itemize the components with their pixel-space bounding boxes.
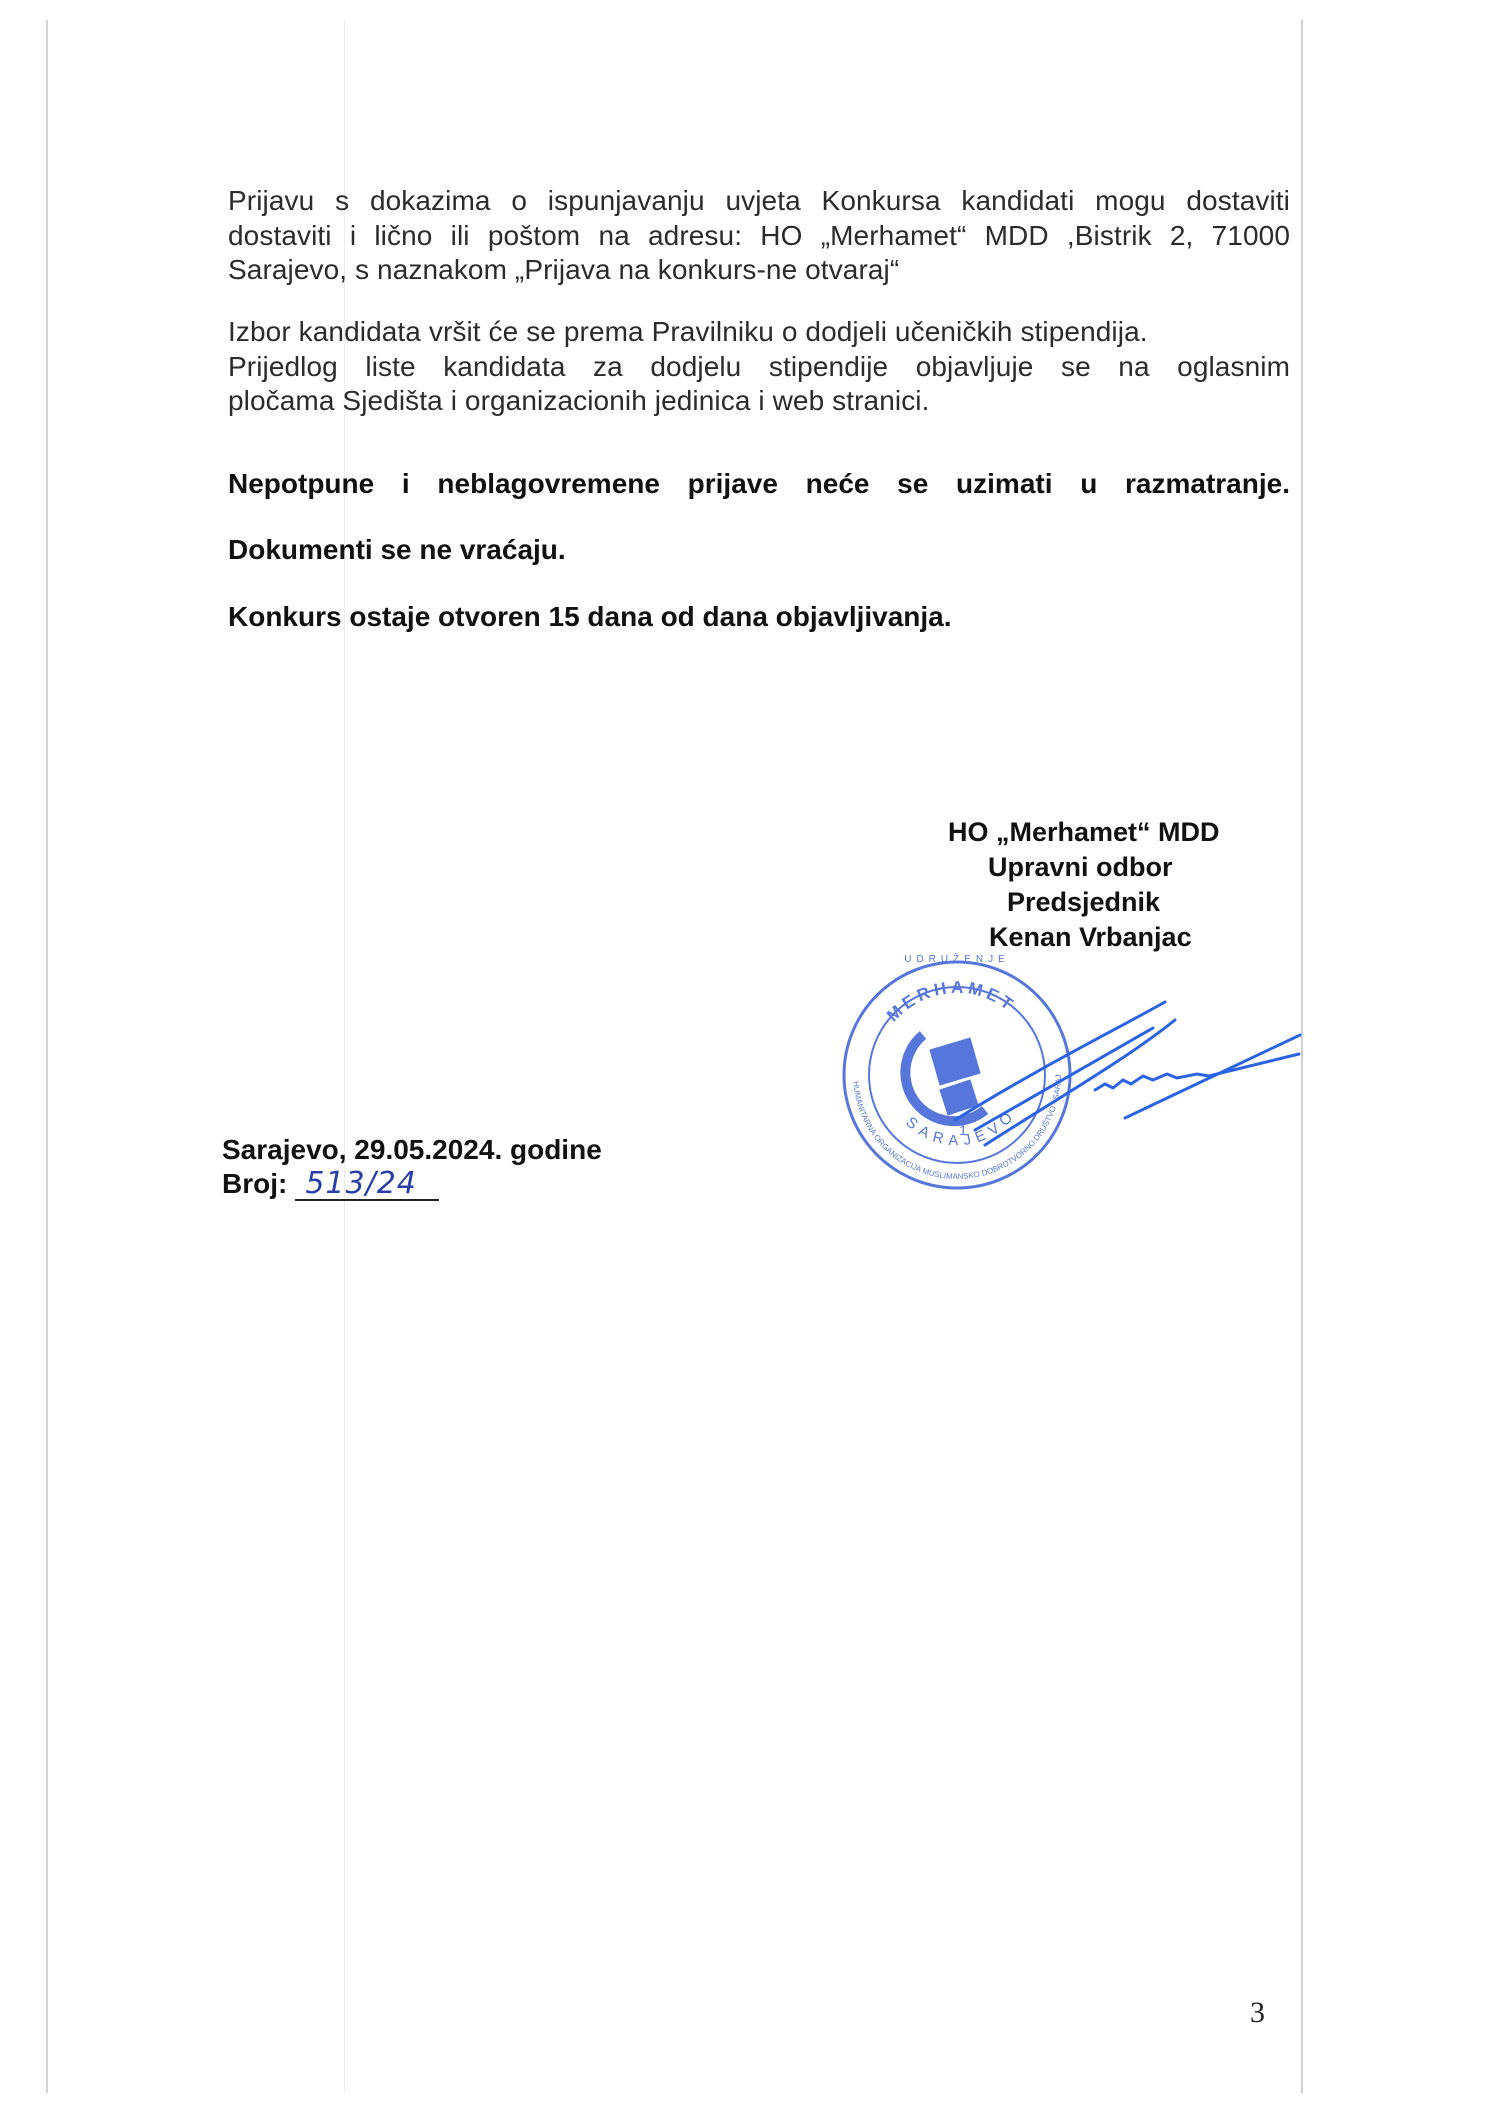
place-date: Sarajevo, 29.05.2024. godine — [222, 1133, 602, 1167]
reference-number-row: Broj:513/24 — [222, 1167, 602, 1201]
place-and-date-block: Sarajevo, 29.05.2024. godine Broj:513/24 — [222, 1133, 602, 1201]
page-border-left — [46, 20, 48, 2093]
svg-text:UDRUŽENJE: UDRUŽENJE — [904, 952, 1010, 965]
text-line: Izbor kandidata vršit će se prema Pravil… — [228, 315, 1290, 350]
official-stamp-and-signature: MERHAMET HUMANITARNA ORGANIZACIJA MUSLIM… — [835, 940, 1305, 1210]
reference-number-label: Broj: — [222, 1168, 287, 1199]
text-line: Sarajevo, s naznakom „Prijava na konkurs… — [228, 253, 1290, 288]
signature-block: HO „Merhamet“ MDD Upravni odbor Predsjed… — [900, 815, 1360, 955]
reference-number-value: 513/24 — [295, 1169, 439, 1201]
stamp-icon: MERHAMET HUMANITARNA ORGANIZACIJA MUSLIM… — [835, 940, 1070, 1188]
signature-role: Predsjednik — [1007, 885, 1360, 920]
notice-incomplete: Nepotpune i neblagovremene prijave neće … — [228, 468, 1290, 500]
svg-text:MERHAMET: MERHAMET — [883, 978, 1019, 1025]
text-line: dostaviti i lično ili poštom na adresu: … — [228, 219, 1290, 254]
svg-text:1: 1 — [959, 1122, 967, 1138]
signature-body: Upravni odbor — [988, 850, 1360, 885]
text-line: Prijavu s dokazima o ispunjavanju uvjeta… — [228, 184, 1290, 219]
paragraph-selection: Izbor kandidata vršit će se prema Pravil… — [228, 315, 1290, 419]
paragraph-submission: Prijavu s dokazima o ispunjavanju uvjeta… — [228, 184, 1290, 288]
text-line: pločama Sjedišta i organizacionih jedini… — [228, 384, 1290, 419]
text-line: Prijedlog liste kandidata za dodjelu sti… — [228, 350, 1290, 385]
page-number: 3 — [1250, 1996, 1265, 2030]
signature-organization: HO „Merhamet“ MDD — [948, 815, 1360, 850]
notice-documents: Dokumenti se ne vraćaju. — [228, 534, 566, 566]
notice-open: Konkurs ostaje otvoren 15 dana od dana o… — [228, 601, 952, 633]
